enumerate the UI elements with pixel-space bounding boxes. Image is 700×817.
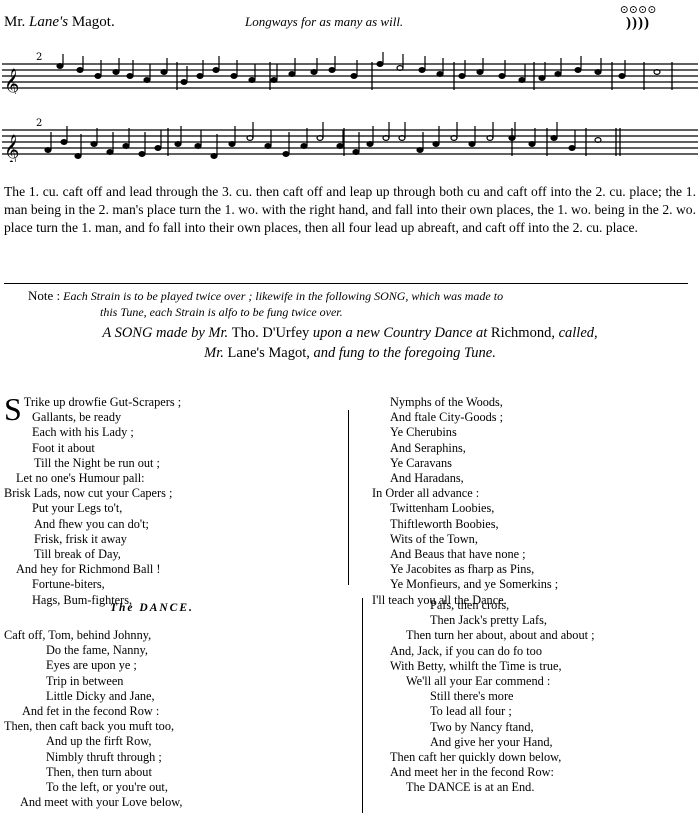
column-divider: [348, 410, 349, 585]
verse-line: Gallants, be ready: [4, 410, 304, 425]
verse-line: Brisk Lads, now cut your Capers ;: [4, 486, 304, 501]
verse-line: And fet in the fecond Row :: [4, 704, 344, 719]
svg-text:2: 2: [36, 118, 42, 129]
music-staff-2: 𝄞 2: [2, 118, 698, 152]
verse-line: To lead all four ;: [370, 704, 696, 719]
verse-line: Ye Cherubins: [354, 425, 694, 440]
verse-line: Then, then caft back you muft too,: [4, 719, 344, 734]
verse-line: Till the Night be run out ;: [4, 456, 304, 471]
verse-line: Ye Caravans: [354, 456, 694, 471]
dance-right-verse: Pafs, then crofs,Then Jack's pretty Lafs…: [370, 598, 696, 796]
verse-line: Pafs, then crofs,: [370, 598, 696, 613]
verse-line: And fhew you can do't;: [4, 517, 304, 532]
verse-line: And meet with your Love below,: [4, 795, 344, 810]
dance-instructions: The 1. cu. caft off and lead through the…: [4, 183, 696, 237]
song-right-verse: Nymphs of the Woods,And ftale City-Goods…: [354, 395, 694, 608]
song-heading-part2: upon a new Country Dance at: [313, 325, 487, 341]
verse-line: Each with his Lady ;: [4, 425, 304, 440]
verse-line: Nimbly thruft through ;: [4, 750, 344, 765]
verse-line: Nymphs of the Woods,: [354, 395, 694, 410]
song-author: Tho. D'Urfey: [232, 325, 310, 341]
dance-left-column: Caft off, Tom, behind Johnny,Do the fame…: [4, 628, 344, 810]
verse-line: And Haradans,: [354, 471, 694, 486]
dance-right-column: Pafs, then crofs,Then Jack's pretty Lafs…: [370, 598, 696, 796]
verse-line: With Betty, whilft the Time is true,: [370, 659, 696, 674]
note-line-2: this Tune, each Strain is alfo to be fun…: [28, 304, 696, 320]
ornament-icon: ⊙⊙⊙⊙ )))): [608, 4, 668, 30]
verse-line: And, Jack, if you can do fo too: [370, 644, 696, 659]
verse-line: Then turn her about, about and about ;: [370, 628, 696, 643]
staff-notation-icon: 𝄞 2: [2, 52, 698, 94]
verse-line: Foot it about: [4, 441, 304, 456]
title-name: Lane's: [29, 14, 68, 30]
verse-line: Caft off, Tom, behind Johnny,: [4, 628, 344, 643]
verse-line: Ye Monfieurs, and ye Somerkins ;: [354, 577, 694, 592]
verse-line: In Order all advance :: [354, 486, 694, 501]
verse-line: Still there's more: [370, 689, 696, 704]
verse-line: Fortune-biters,: [4, 577, 304, 592]
verse-line: And ftale City-Goods ;: [354, 410, 694, 425]
verse-line: Do the fame, Nanny,: [4, 643, 344, 658]
song-tune-name: Lane's Magot,: [228, 345, 310, 361]
svg-text:𝄞: 𝄞: [4, 68, 19, 94]
verse-line: Ye Jacobites as fharp as Pins,: [354, 562, 694, 577]
verse-line: Trike up drowfie Gut-Scrapers ;: [4, 395, 304, 410]
song-heading-part5: and fung to the foregoing Tune.: [314, 345, 496, 361]
verse-line: Eyes are upon ye ;: [4, 658, 344, 673]
dance-formation: Longways for as many as will.: [245, 14, 403, 30]
song-place: Richmond,: [491, 325, 555, 341]
song-heading-part1: A SONG made by Mr.: [102, 325, 228, 341]
song-heading: A SONG made by Mr. Tho. D'Urfey upon a n…: [4, 323, 696, 363]
verse-line: Frisk, frisk it away: [4, 532, 304, 547]
verse-line: Let no one's Humour pall:: [4, 471, 304, 486]
music-staff-1: 𝄞 2: [2, 52, 698, 86]
moons-ornament-icon: )))): [608, 17, 668, 30]
verse-line: Thiftleworth Boobies,: [354, 517, 694, 532]
title-suffix: Magot.: [72, 14, 115, 30]
svg-text:2: 2: [36, 52, 42, 63]
verse-line: Then caft her quickly down below,: [370, 750, 696, 765]
dance-heading: The DANCE.: [110, 602, 194, 614]
verse-line: Wits of the Town,: [354, 532, 694, 547]
song-right-column: Nymphs of the Woods,And ftale City-Goods…: [354, 395, 694, 608]
song-heading-part4: Mr.: [204, 345, 224, 361]
song-left-verse: Trike up drowfie Gut-Scrapers ;Gallants,…: [4, 395, 304, 608]
section-divider: [4, 283, 688, 284]
svg-text:𝄞: 𝄞: [4, 134, 19, 162]
verse-line: Till break of Day,: [4, 547, 304, 562]
verse-line: Then, then turn about: [4, 765, 344, 780]
verse-line: And up the firft Row,: [4, 734, 344, 749]
song-left-column: S Trike up drowfie Gut-Scrapers ;Gallant…: [4, 395, 304, 608]
song-heading-part3: called,: [559, 325, 598, 341]
title-prefix: Mr.: [4, 14, 25, 30]
verse-line: The DANCE is at an End.: [370, 780, 696, 795]
verse-line: Little Dicky and Jane,: [4, 689, 344, 704]
tune-title: Mr. Lane's Magot.: [4, 14, 115, 31]
performance-note: Note : Each Strain is to be played twice…: [28, 288, 696, 320]
verse-line: To the left, or you're out,: [4, 780, 344, 795]
verse-line: Then Jack's pretty Lafs,: [370, 613, 696, 628]
verse-line: Twittenham Loobies,: [354, 501, 694, 516]
verse-line: And hey for Richmond Ball !: [4, 562, 304, 577]
verse-line: We'll all your Ear commend :: [370, 674, 696, 689]
dance-left-verse: Caft off, Tom, behind Johnny,Do the fame…: [4, 628, 344, 810]
staff-notation-icon: 𝄞 2: [2, 118, 698, 162]
verse-line: And Seraphins,: [354, 441, 694, 456]
note-label: Note :: [28, 288, 60, 303]
verse-line: Put your Legs to't,: [4, 501, 304, 516]
verse-line: And give her your Hand,: [370, 735, 696, 750]
verse-line: Trip in between: [4, 674, 344, 689]
verse-line: Two by Nancy ftand,: [370, 720, 696, 735]
verse-line: And meet her in the fecond Row:: [370, 765, 696, 780]
drop-cap: S: [4, 396, 22, 422]
column-divider: [362, 598, 363, 813]
verse-line: And Beaus that have none ;: [354, 547, 694, 562]
note-line-1: Each Strain is to be played twice over ;…: [63, 289, 503, 303]
